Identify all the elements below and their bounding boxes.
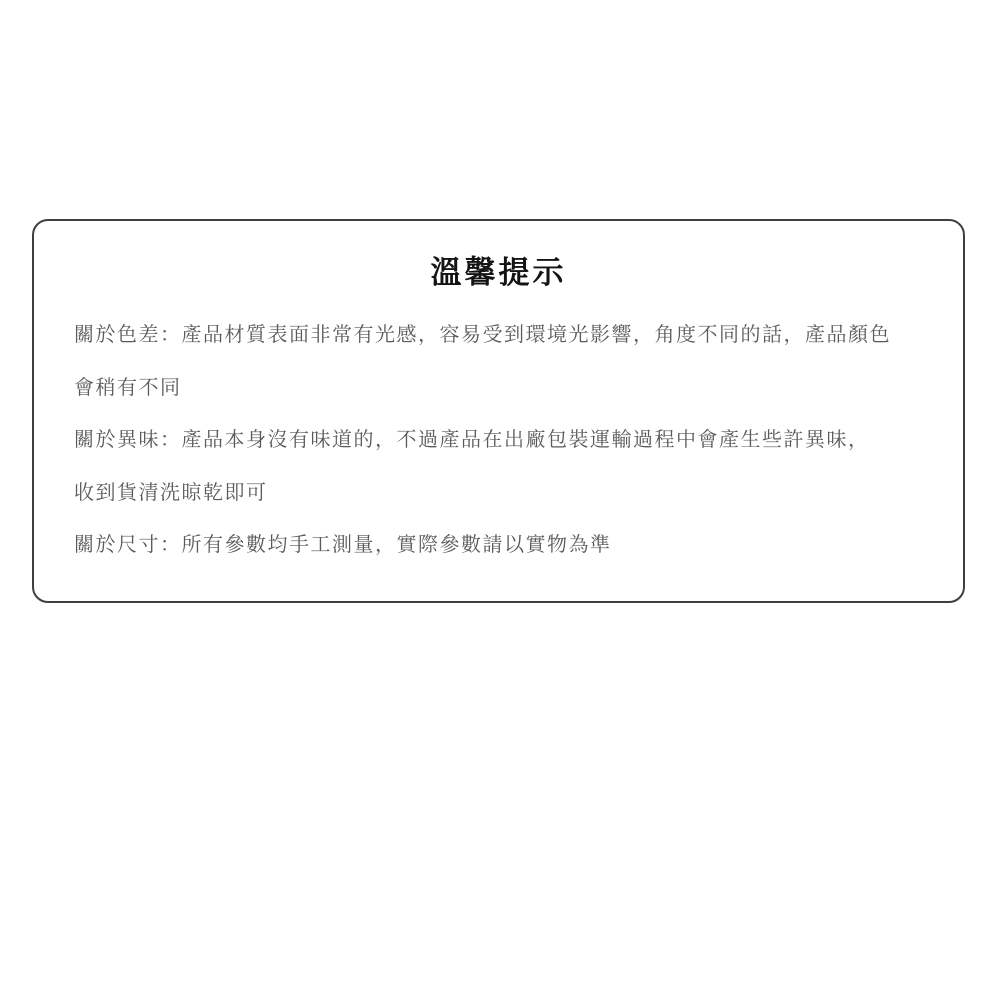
reminder-line-color-difference: 關於色差：產品材質表面非常有光感，容易受到環境光影響，角度不同的話，產品顏色 [74,309,925,362]
reminder-line-odor: 關於異味：產品本身沒有味道的，不過產品在出廠包裝運輸過程中會產生些許異味， [74,414,925,467]
reminder-line-color-difference-cont: 會稍有不同 [74,362,925,415]
reminder-line-size: 關於尺寸：所有參數均手工測量，實際參數請以實物為準 [74,519,925,572]
page: 溫馨提示 關於色差：產品材質表面非常有光感，容易受到環境光影響，角度不同的話，產… [0,0,1000,1000]
reminder-body: 關於色差：產品材質表面非常有光感，容易受到環境光影響，角度不同的話，產品顏色 會… [34,309,963,572]
reminder-title: 溫馨提示 [34,257,963,288]
reminder-line-odor-cont: 收到貨清洗晾乾即可 [74,467,925,520]
reminder-card: 溫馨提示 關於色差：產品材質表面非常有光感，容易受到環境光影響，角度不同的話，產… [32,219,965,603]
